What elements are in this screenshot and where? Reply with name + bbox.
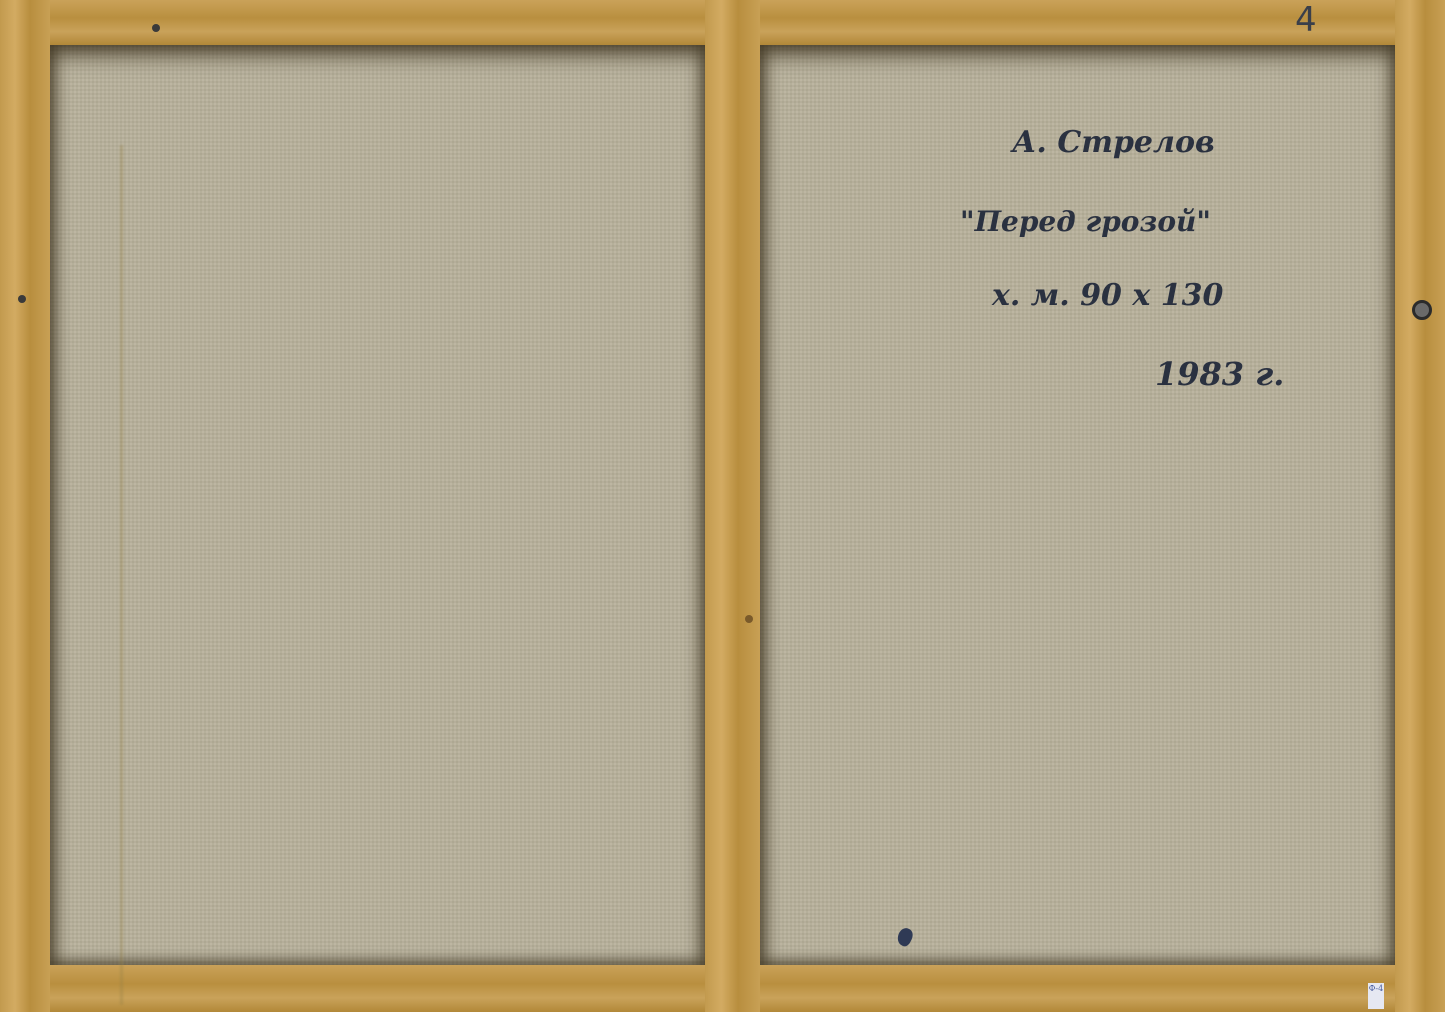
inscription-medium-size: х. м. 90 х 130 (992, 278, 1223, 313)
nail-left (18, 295, 26, 303)
inscription-artist: А. Стрелов (1012, 125, 1215, 160)
inscription-title: "Перед грозой" (960, 205, 1211, 238)
frame-left-bar (0, 0, 50, 1012)
frame-center-crossbar (705, 0, 760, 1012)
frame-right-bar (1395, 0, 1445, 1012)
canvas-right-panel (760, 45, 1395, 965)
nail-top-left (152, 24, 160, 32)
frame-corner-number: 4 (1295, 0, 1317, 40)
water-stain (120, 145, 163, 1005)
inventory-tag: Ф-4 (1368, 983, 1384, 1009)
knot-center-bar (745, 615, 753, 623)
hanger-ring-right (1412, 300, 1432, 320)
canvas-left-panel (50, 45, 705, 965)
inscription-year: 1983 г. (1155, 355, 1284, 393)
